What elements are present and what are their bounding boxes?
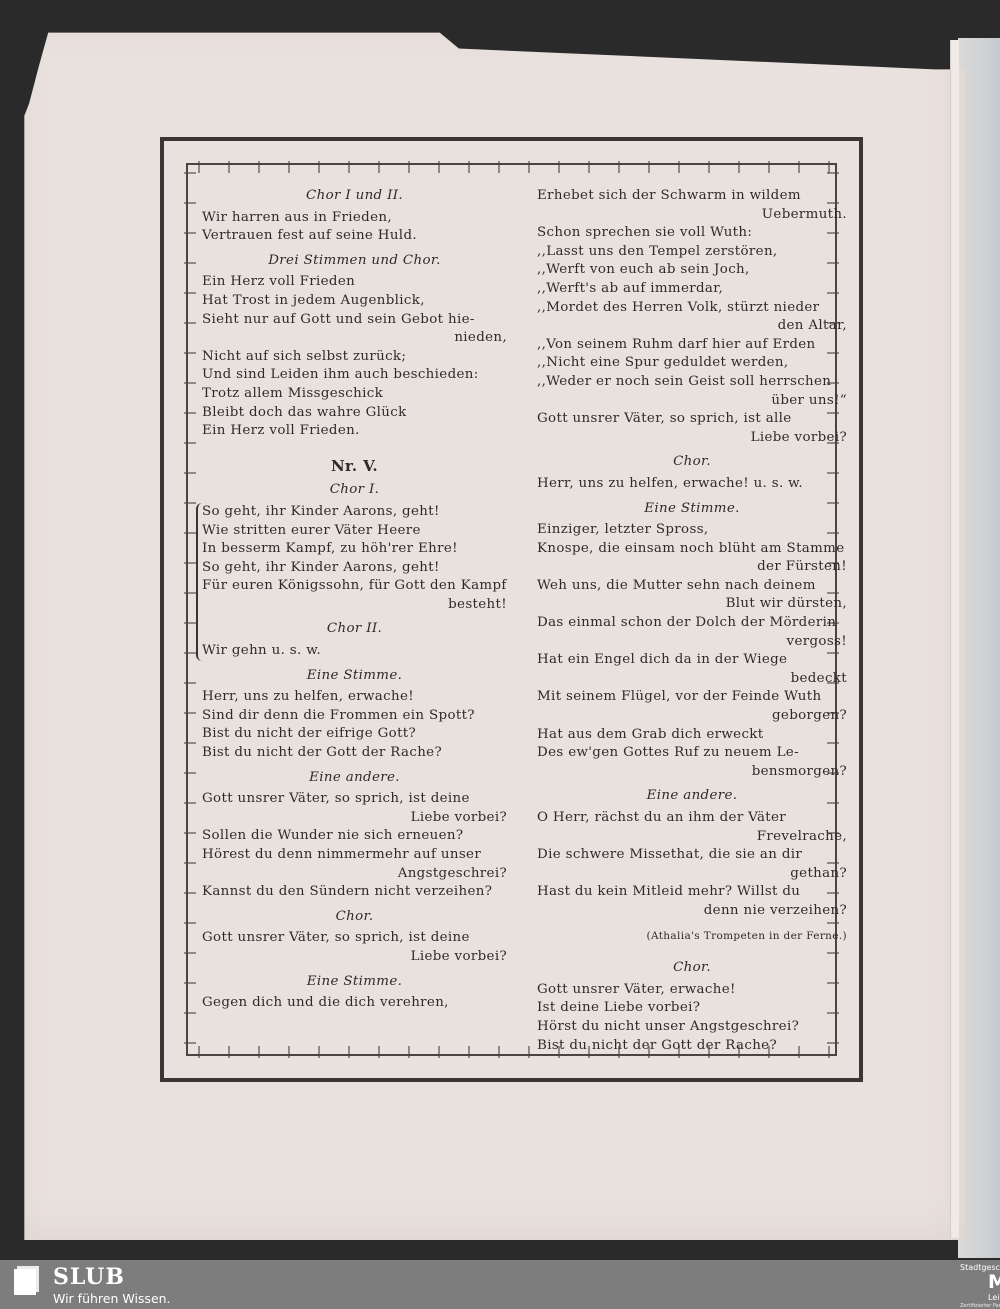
verse-line: Angstgeschrei? bbox=[202, 865, 507, 884]
partner-name: Museum. bbox=[988, 1271, 1000, 1293]
verse-line: Frevelrache, bbox=[537, 828, 847, 847]
verse-line: besteht! bbox=[202, 596, 507, 615]
verse-line: ,,Nicht eine Spur geduldet werden, bbox=[537, 354, 847, 373]
section-heading: Drei Stimmen und Chor. bbox=[202, 252, 507, 271]
section-heading: Chor. bbox=[202, 908, 507, 927]
verse-line: Ein Herz voll Frieden. bbox=[202, 422, 507, 441]
verse-line: Herr, uns zu helfen, erwache! bbox=[202, 688, 507, 707]
verse-line: Knospe, die einsam noch blüht am Stamme bbox=[537, 540, 847, 559]
verse-line: Und sind Leiden ihm auch beschieden: bbox=[202, 366, 507, 385]
verse-line: über uns!“ bbox=[537, 392, 847, 411]
verse-line: Wie stritten eurer Väter Heere bbox=[202, 522, 507, 541]
verse-line: Bist du nicht der Gott der Rache? bbox=[202, 744, 507, 763]
verse-line: Weh uns, die Mutter sehn nach deinem bbox=[537, 577, 847, 596]
section-heading: Chor II. bbox=[202, 620, 507, 639]
verse-line: Des ew'gen Gottes Ruf zu neuem Le- bbox=[537, 744, 847, 763]
verse-line: bedeckt bbox=[537, 670, 847, 689]
verse-line: nieden, bbox=[202, 329, 507, 348]
verse-line: denn nie verzeihen? bbox=[537, 902, 847, 921]
verse-line: Für euren Königssohn, für Gott den Kampf bbox=[202, 577, 507, 596]
verse-line: Liebe vorbei? bbox=[537, 429, 847, 448]
number-heading: Nr. V. bbox=[202, 457, 507, 476]
verse-line: ,,Werft's ab auf immerdar, bbox=[537, 280, 847, 299]
verse-line: Sollen die Wunder nie sich erneuen? bbox=[202, 827, 507, 846]
right-text-column: Erhebet sich der Schwarm in wildemUeberm… bbox=[537, 187, 847, 1055]
verse-line: Hat Trost in jedem Augenblick, bbox=[202, 292, 507, 311]
verse-line: Wir harren aus in Frieden, bbox=[202, 209, 507, 228]
partner-cert: Zertifizierter Partner der Nationalen Ku… bbox=[960, 1303, 1000, 1309]
partner-city: Leipzig bbox=[988, 1293, 1000, 1302]
verse-line: O Herr, rächst du an ihm der Väter bbox=[537, 809, 847, 828]
verse-line: Hörest du denn nimmermehr auf unser bbox=[202, 846, 507, 865]
verse-line: Gott unsrer Väter, erwache! bbox=[537, 981, 847, 1000]
verse-line: Gott unsrer Väter, so sprich, ist alle bbox=[537, 410, 847, 429]
verse-line: Sind dir denn die Frommen ein Spott? bbox=[202, 707, 507, 726]
verse-line: Gott unsrer Väter, so sprich, ist deine bbox=[202, 790, 507, 809]
verse-line: bensmorgen? bbox=[537, 763, 847, 782]
verse-line: Liebe vorbei? bbox=[202, 809, 507, 828]
verse-line: Herr, uns zu helfen, erwache! u. s. w. bbox=[537, 475, 847, 494]
verse-line: Ist deine Liebe vorbei? bbox=[537, 999, 847, 1018]
verse-line: den Altar, bbox=[537, 317, 847, 336]
verse-line: Erhebet sich der Schwarm in wildem bbox=[537, 187, 847, 206]
verse-line: Das einmal schon der Dolch der Mörderin bbox=[537, 614, 847, 633]
slub-logo-icon[interactable] bbox=[14, 1266, 40, 1294]
verse-line: Bist du nicht der eifrige Gott? bbox=[202, 725, 507, 744]
verse-line: Schon sprechen sie voll Wuth: bbox=[537, 224, 847, 243]
verse-line: Ein Herz voll Frieden bbox=[202, 273, 507, 292]
verse-line: Gott unsrer Väter, so sprich, ist deine bbox=[202, 929, 507, 948]
verse-line: Hat ein Engel dich da in der Wiege bbox=[537, 651, 847, 670]
verse-line: Sieht nur auf Gott und sein Gebot hie- bbox=[202, 311, 507, 330]
verse-line: Hat aus dem Grab dich erweckt bbox=[537, 726, 847, 745]
verse-line: Mit seinem Flügel, vor der Feinde Wuth bbox=[537, 688, 847, 707]
verse-line: So geht, ihr Kinder Aarons, geht! bbox=[202, 503, 507, 522]
verse-line: Wir gehn u. s. w. bbox=[202, 642, 507, 661]
verse-line: Vertrauen fest auf seine Huld. bbox=[202, 227, 507, 246]
verse-line: der Fürsten! bbox=[537, 558, 847, 577]
verse-line: ,,Von seinem Ruhm darf hier auf Erden bbox=[537, 336, 847, 355]
section-heading: Eine andere. bbox=[537, 787, 847, 806]
page-fold-edge bbox=[950, 40, 959, 1238]
verse-line: Uebermuth. bbox=[537, 206, 847, 225]
stage-direction: (Athalia's Trompeten in der Ferne.) bbox=[537, 927, 847, 946]
section-heading: Eine andere. bbox=[202, 769, 507, 788]
verse-line: So geht, ihr Kinder Aarons, geht! bbox=[202, 559, 507, 578]
verse-line: vergoss! bbox=[537, 633, 847, 652]
library-tagline: Wir führen Wissen. bbox=[53, 1291, 171, 1306]
verse-line: In besserm Kampf, zu höh'rer Ehre! bbox=[202, 540, 507, 559]
verse-line: Liebe vorbei? bbox=[202, 948, 507, 967]
verse-line: Hörst du nicht unser Angstgeschrei? bbox=[537, 1018, 847, 1037]
verse-line: gethan? bbox=[537, 865, 847, 884]
verse-line: Bleibt doch das wahre Glück bbox=[202, 404, 507, 423]
partner-logo[interactable]: Stadtgeschichtliches Museum. Leipzig Zer… bbox=[840, 1260, 1000, 1309]
verse-line: Bist du nicht der Gott der Rache? bbox=[537, 1037, 847, 1056]
verse-line: Trotz allem Missgeschick bbox=[202, 385, 507, 404]
verse-line: Nicht auf sich selbst zurück; bbox=[202, 348, 507, 367]
chorus-bracket: So geht, ihr Kinder Aarons, geht!Wie str… bbox=[196, 503, 507, 661]
viewer-footer-bar: SLUB Wir führen Wissen. Stadtgeschichtli… bbox=[0, 1260, 1000, 1309]
verse-line: Einziger, letzter Spross, bbox=[537, 521, 847, 540]
verse-line: ,,Mordet des Herren Volk, stürzt nieder bbox=[537, 299, 847, 318]
section-heading: Eine Stimme. bbox=[202, 973, 507, 992]
verse-line: Hast du kein Mitleid mehr? Willst du bbox=[537, 883, 847, 902]
section-heading: Eine Stimme. bbox=[537, 500, 847, 519]
verse-line: ,,Weder er noch sein Geist soll herrsche… bbox=[537, 373, 847, 392]
section-heading: Chor I und II. bbox=[202, 187, 507, 206]
library-name[interactable]: SLUB bbox=[53, 1264, 125, 1290]
section-heading: Chor. bbox=[537, 959, 847, 978]
verse-line: ,,Werft von euch ab sein Joch, bbox=[537, 261, 847, 280]
verse-line: Gegen dich und die dich verehren, bbox=[202, 994, 507, 1013]
left-text-column: Chor I und II.Wir harren aus in Frieden,… bbox=[202, 187, 507, 1013]
section-heading: Chor I. bbox=[202, 481, 507, 500]
verse-line: Kannst du den Sündern nicht verzeihen? bbox=[202, 883, 507, 902]
section-heading: Eine Stimme. bbox=[202, 667, 507, 686]
verse-line: Blut wir dürsten, bbox=[537, 595, 847, 614]
verse-line: Die schwere Missethat, die sie an dir bbox=[537, 846, 847, 865]
verse-line: geborgen? bbox=[537, 707, 847, 726]
verse-line: ,,Lasst uns den Tempel zerstören, bbox=[537, 243, 847, 262]
section-heading: Chor. bbox=[537, 453, 847, 472]
